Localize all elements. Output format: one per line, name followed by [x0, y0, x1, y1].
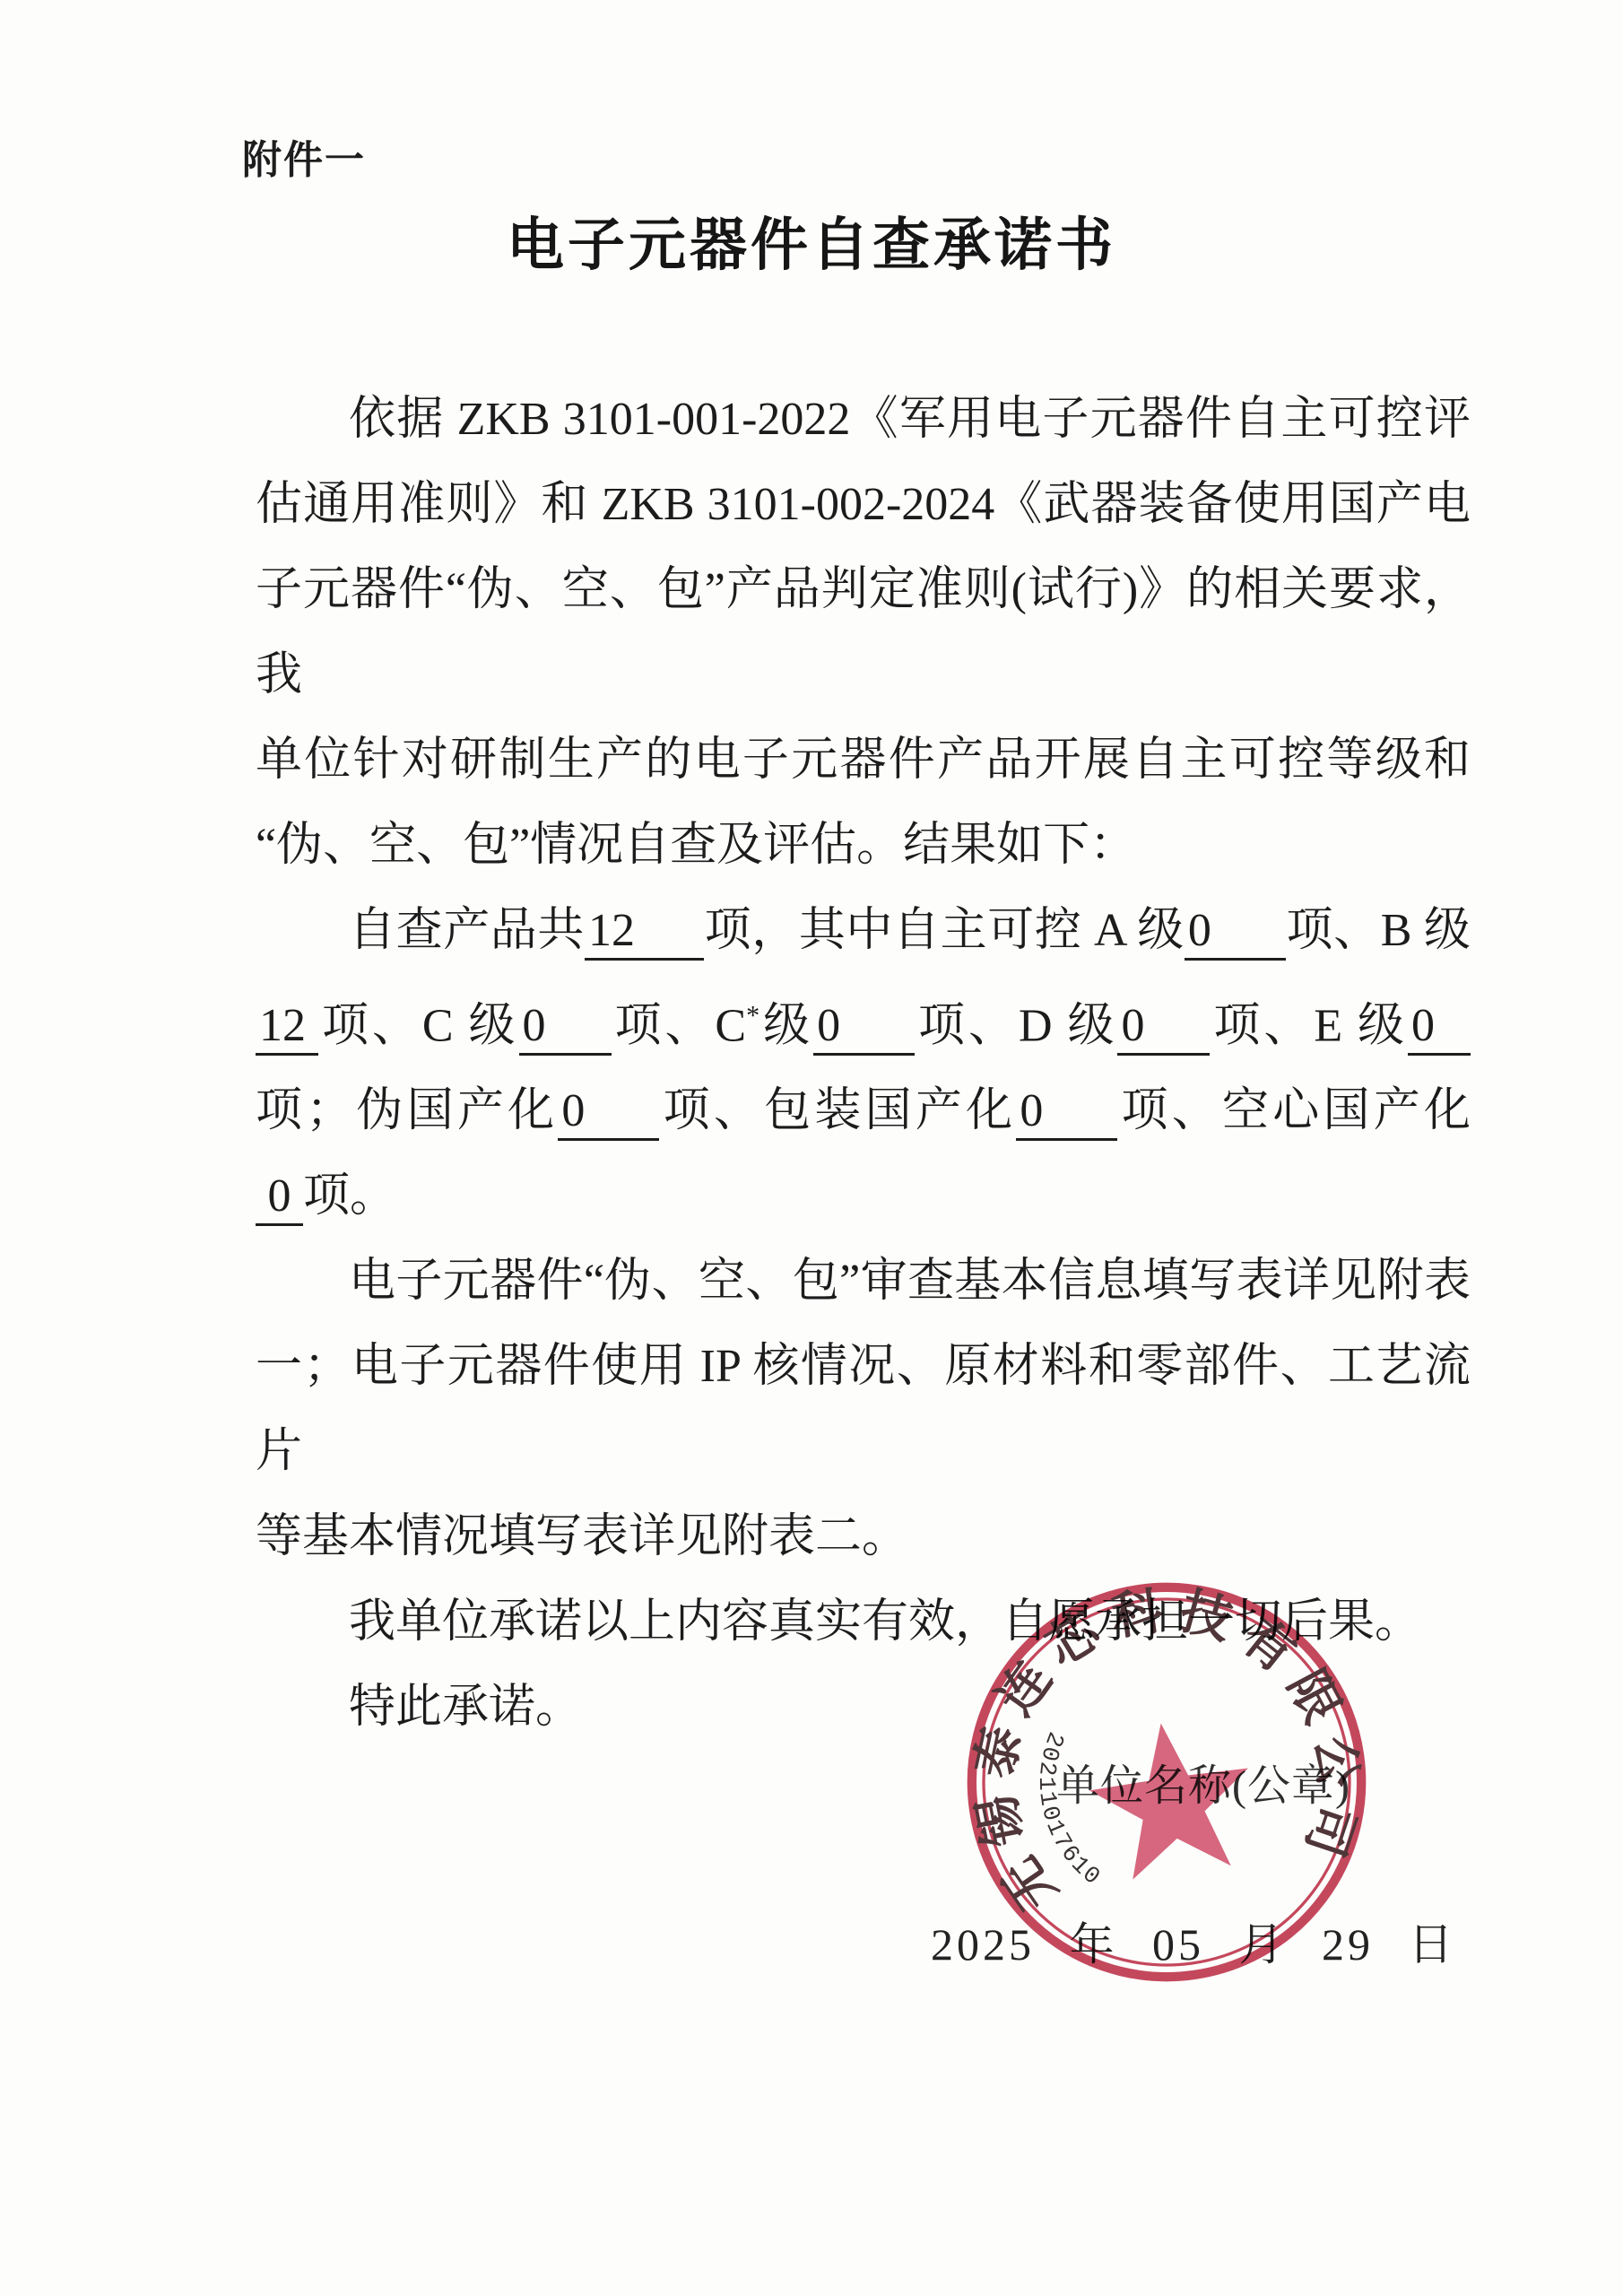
body-text-segment: 级: [759, 1000, 813, 1051]
fill-in-blank-value: 0: [558, 1084, 659, 1141]
attachment-label: 附件一: [242, 127, 366, 185]
body-line: “伪、空、包”情况自查及评估。结果如下：: [256, 803, 1471, 888]
document-page: 附件一 电子元器件自查承诺书 依据 ZKB 3101-001-2022《军用电子…: [0, 0, 1623, 2296]
fill-in-blank-value: 0: [1117, 999, 1210, 1056]
document-body: 依据 ZKB 3101-001-2022《军用电子元器件自主可控评估通用准则》和…: [256, 377, 1471, 1750]
body-line: 电子元器件“伪、空、包”审查基本信息填写表详见附表: [256, 1239, 1471, 1324]
body-line: 单位针对研制生产的电子元器件产品开展自主可控等级和: [256, 717, 1471, 803]
body-text-segment: 等基本情况填写表详见附表二。: [256, 1511, 908, 1562]
body-text-segment: 项；伪国产化: [256, 1085, 558, 1136]
fill-in-blank-value: 0: [1185, 904, 1286, 961]
body-text-segment: 项、C: [612, 1000, 747, 1051]
body-text-segment: 自查产品共: [349, 905, 585, 956]
fill-in-blank-value: 0: [1016, 1084, 1117, 1141]
body-line: 等基本情况填写表详见附表二。: [256, 1494, 1471, 1579]
page-title: 电子元器件自查承诺书: [0, 199, 1623, 282]
body-text-segment: 项、B 级: [1286, 905, 1471, 956]
body-line: 估通用准则》和 ZKB 3101-002-2024《武器装备使用国产电: [256, 462, 1471, 547]
body-text-segment: 一；电子元器件使用 IP 核情况、原材料和零部件、工艺流片: [256, 1341, 1471, 1477]
fill-in-blank-value: 0: [1408, 999, 1471, 1056]
body-line: 一；电子元器件使用 IP 核情况、原材料和零部件、工艺流片: [256, 1324, 1471, 1494]
superscript-asterisk: *: [746, 1000, 759, 1031]
body-text-segment: “伪、空、包”情况自查及评估。结果如下：: [256, 820, 1136, 871]
body-text-segment: 特此承诺。: [349, 1682, 582, 1733]
fill-in-blank-value: 12: [256, 999, 318, 1056]
seal-star-icon: [1081, 1712, 1261, 1883]
body-text-segment: 项、包装国产化: [659, 1085, 1016, 1136]
body-text-segment: 电子元器件“伪、空、包”审查基本信息填写表详见附表: [349, 1256, 1471, 1307]
body-line: 子元器件“伪、空、包”产品判定准则(试行)》的相关要求，我: [256, 547, 1471, 717]
fill-in-blank-value: 0: [519, 999, 612, 1056]
body-line: 自查产品共12项，其中自主可控 A 级0项、B 级: [256, 888, 1471, 973]
company-seal-stamp: 无锡泰连芯科技有限公司 3202110176104: [949, 1571, 1384, 1993]
body-text-segment: 子元器件“伪、空、包”产品判定准则(试行)》的相关要求，我: [256, 564, 1471, 700]
body-line: 项；伪国产化0项、包装国产化0项、空心国产化: [256, 1068, 1471, 1153]
fill-in-blank-value: 0: [813, 999, 915, 1056]
body-text-segment: 项、E 级: [1210, 1000, 1408, 1051]
body-text-segment: 项，其中自主可控 A 级: [704, 905, 1185, 956]
body-line: 0项。: [256, 1153, 1471, 1239]
body-text-segment: 项、空心国产化: [1117, 1085, 1471, 1136]
body-text-segment: 单位针对研制生产的电子元器件产品开展自主可控等级和: [256, 735, 1471, 786]
body-text-segment: 项、D 级: [915, 1000, 1117, 1051]
body-line: 12项、C 级0项、C*级0项、D 级0项、E 级0: [256, 973, 1471, 1068]
body-text-segment: 依据 ZKB 3101-001-2022《军用电子元器件自主可控评: [349, 394, 1471, 445]
body-text-segment: 项。: [303, 1170, 396, 1222]
fill-in-blank-value: 12: [585, 904, 704, 961]
body-text-segment: 项、C 级: [318, 1000, 519, 1051]
body-line: 依据 ZKB 3101-001-2022《军用电子元器件自主可控评: [256, 377, 1471, 462]
fill-in-blank-value: 0: [256, 1170, 303, 1226]
body-text-segment: 估通用准则》和 ZKB 3101-002-2024《武器装备使用国产电: [256, 479, 1471, 530]
